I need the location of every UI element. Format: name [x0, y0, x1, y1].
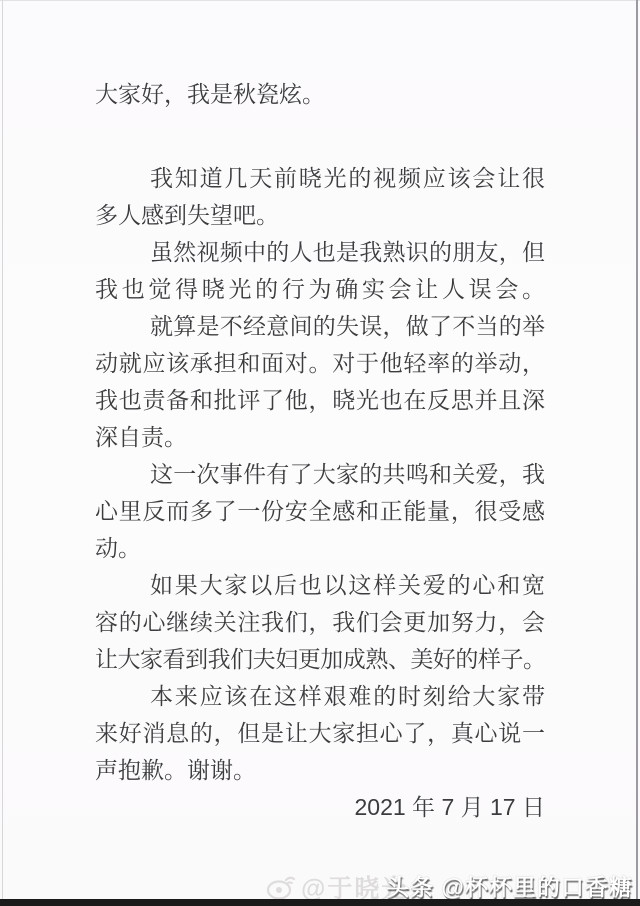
letter-line: 虽然视频中的人也是我熟识的朋友，但: [95, 234, 545, 271]
toutiao-watermark: 头条 @杯杯里的口香糖: [386, 869, 633, 902]
paragraph: 我知道几天前晓光的视频应该会让很 多人感到失望吧。: [95, 160, 545, 234]
letter-line: 心里反而多了一份安全感和正能量，很受感: [95, 493, 545, 530]
letter-photo: 大家好，我是秋瓷炫。 我知道几天前晓光的视频应该会让很 多人感到失望吧。 虽然视…: [0, 0, 640, 906]
letter-line: 声抱歉。谢谢。: [95, 752, 545, 789]
letter-line: 我也觉得晓光的行为确实会让人误会。: [95, 271, 545, 308]
letter-line: 本来应该在这样艰难的时刻给大家带: [95, 678, 545, 715]
letter-body: 大家好，我是秋瓷炫。 我知道几天前晓光的视频应该会让很 多人感到失望吧。 虽然视…: [95, 76, 545, 826]
letter-line: 来好消息的，但是让大家担心了，真心说一: [95, 715, 545, 752]
letter-line: 多人感到失望吧。: [95, 197, 545, 234]
letter-line: 动就应该承担和面对。对于他轻率的举动，: [95, 345, 545, 382]
letter-line: 深自责。: [95, 419, 545, 456]
paragraph-spacer: [95, 113, 545, 160]
letter-line: 就算是不经意间的失误，做了不当的举: [95, 308, 545, 345]
letter-line: 让大家看到我们夫妇更加成熟、美好的样子。: [95, 641, 545, 678]
letter-line: 我知道几天前晓光的视频应该会让很: [95, 160, 545, 197]
letter-line: 大家好，我是秋瓷炫。: [95, 76, 545, 113]
letter-line: 容的心继续关注我们，我们会更加努力，会: [95, 604, 545, 641]
paragraph: 虽然视频中的人也是我熟识的朋友，但 我也觉得晓光的行为确实会让人误会。: [95, 234, 545, 308]
paragraph: 如果大家以后也以这样关爱的心和宽 容的心继续关注我们，我们会更加努力，会 让大家…: [95, 567, 545, 678]
photo-edge-left: [2, 0, 3, 899]
photo-edge-top: [0, 0, 640, 1]
letter-line: 如果大家以后也以这样关爱的心和宽: [95, 567, 545, 604]
letter-line: 我也责备和批评了他，晓光也在反思并且深: [95, 382, 545, 419]
paragraph-greeting: 大家好，我是秋瓷炫。: [95, 76, 545, 113]
photo-edge-right: [636, 0, 638, 899]
letter-line: 动。: [95, 530, 545, 567]
letter-date: 2021 年 7 月 17 日: [95, 789, 545, 826]
letter-line: 这一次事件有了大家的共鸣和关爱，我: [95, 456, 545, 493]
paragraph: 本来应该在这样艰难的时刻给大家带 来好消息的，但是让大家担心了，真心说一 声抱歉…: [95, 678, 545, 789]
photo-bottom-strip: [0, 899, 640, 906]
weibo-icon: [266, 874, 296, 900]
paragraph: 就算是不经意间的失误，做了不当的举 动就应该承担和面对。对于他轻率的举动， 我也…: [95, 308, 545, 456]
paragraph: 这一次事件有了大家的共鸣和关爱，我 心里反而多了一份安全感和正能量，很受感 动。: [95, 456, 545, 567]
